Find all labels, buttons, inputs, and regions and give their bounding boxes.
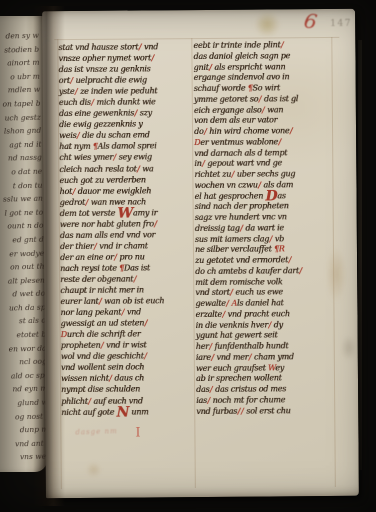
- catchword: dasge nm: [75, 427, 117, 436]
- book-fore-edge: [358, 40, 362, 470]
- ink-stain: [86, 463, 102, 477]
- manuscript-photo: den sy wstodien bainort mo ubr mmdlen wo…: [0, 0, 376, 512]
- red-folio-mark: 6: [302, 8, 319, 34]
- left-text-column: stat vnd hausze stort/ vndvnsze opher ny…: [58, 41, 193, 418]
- ink-stain: [341, 335, 357, 361]
- pencil-foliation: 147: [330, 19, 352, 29]
- gutter-shadow: [33, 6, 65, 506]
- text-line: nicht auf gote N unm: [61, 406, 193, 418]
- ink-stain: [254, 11, 280, 37]
- right-text-column: eebt ir trinte inde plint/das daniol gle…: [193, 40, 340, 417]
- recto-page: 6 147 stat vnd hausze stort/ vndvnsze op…: [42, 9, 359, 498]
- text-line: vnd furbas// sol erst chu: [196, 405, 340, 417]
- quire-mark: I: [135, 425, 140, 440]
